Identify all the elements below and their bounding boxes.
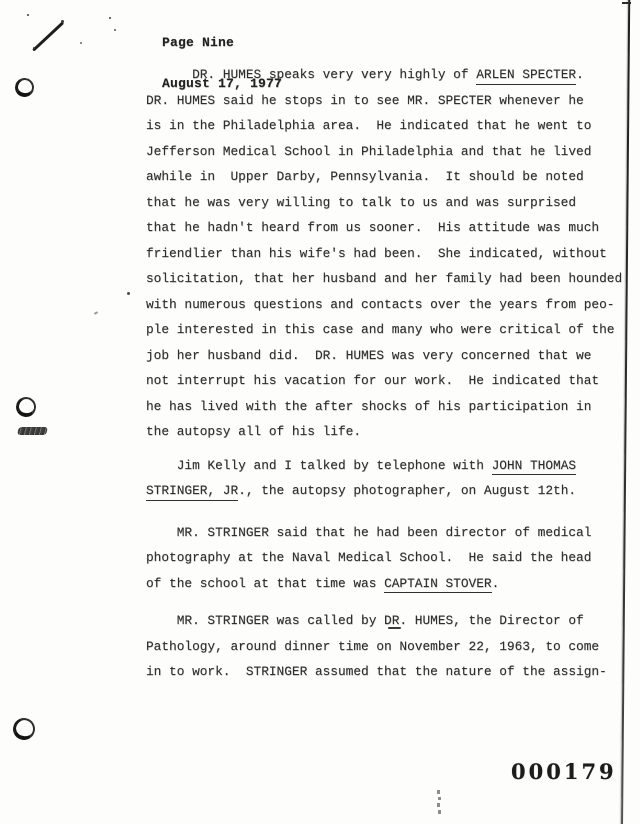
text-line: the autopsy all of his life.: [146, 419, 632, 445]
paragraph: MR. STRINGER was called by DR. HUMES, th…: [146, 608, 632, 685]
text-segment: Jefferson Medical School in Philadelphia…: [146, 144, 591, 159]
text-segment: Pathology, around dinner time on Novembe…: [146, 639, 599, 654]
text-line: Pathology, around dinner time on Novembe…: [146, 634, 632, 660]
text-segment: .: [492, 576, 500, 591]
text-segment: .: [576, 67, 584, 82]
text-line: DR. HUMES speaks very very highly of ARL…: [146, 62, 632, 88]
dotted-artifact: [438, 797, 441, 800]
text-line: MR. STRINGER said that he had been direc…: [146, 520, 632, 546]
text-line: photography at the Naval Medical School.…: [146, 545, 632, 571]
text-segment: is in the Philadelphia area. He indicate…: [146, 118, 591, 133]
paragraph: Jim Kelly and I talked by telephone with…: [146, 453, 632, 504]
dotted-artifact: [437, 790, 440, 794]
underlined-text: JOHN THOMAS: [492, 458, 576, 476]
text-segment: with numerous questions and contacts ove…: [146, 297, 614, 312]
text-segment: he has lived with the after shocks of hi…: [146, 399, 591, 414]
underlined-text: STRINGER, JR: [146, 483, 238, 501]
text-segment: DR. HUMES speaks very very highly of: [146, 67, 476, 82]
punch-hole-mark-middle: [14, 395, 37, 418]
text-line: ple interested in this case and many who…: [146, 317, 632, 343]
text-line: MR. STRINGER was called by DR. HUMES, th…: [146, 608, 632, 634]
ink-speck: [109, 17, 111, 19]
text-line: that he was very willing to talk to us a…: [146, 190, 632, 216]
scan-edge-tick: [622, 2, 631, 4]
punch-hole-mark-bottom: [10, 715, 38, 743]
text-segment: ., the autopsy photographer, on August 1…: [238, 483, 576, 498]
text-segment: solicitation, that her husband and her f…: [146, 271, 622, 286]
text-segment: DR. HUMES said he stops in to see MR. SP…: [146, 93, 584, 108]
page-number-label: Page Nine: [162, 36, 282, 50]
text-segment: MR. STRINGER was called by DR. HUMES, th…: [146, 613, 584, 628]
text-line: that he hadn't heard from us sooner. His…: [146, 215, 632, 241]
text-line: is in the Philadelphia area. He indicate…: [146, 113, 632, 139]
text-line: solicitation, that her husband and her f…: [146, 266, 632, 292]
punch-hole-mark-top: [13, 76, 35, 98]
ink-smudge-mark: [17, 427, 48, 435]
scanned-document-page: Page Nine August 17, 1977 DR. HUMES spea…: [0, 0, 640, 824]
dotted-artifact: [438, 810, 441, 814]
text-segment: job her husband did. DR. HUMES was very …: [146, 348, 591, 363]
text-segment: photography at the Naval Medical School.…: [146, 550, 591, 565]
text-segment: that he hadn't heard from us sooner. His…: [146, 220, 599, 235]
underlined-text: CAPTAIN STOVER: [384, 576, 492, 594]
document-number-stamp: 000179: [511, 759, 617, 784]
text-line: of the school at that time was CAPTAIN S…: [146, 571, 632, 597]
document-body: DR. HUMES speaks very very highly of ARL…: [146, 62, 632, 685]
underlined-text: ARLEN SPECTER: [476, 67, 576, 85]
text-line: in to work. STRINGER assumed that the na…: [146, 659, 632, 685]
dotted-artifact: [437, 803, 440, 807]
ink-speck: [127, 292, 130, 295]
text-line: DR. HUMES said he stops in to see MR. SP…: [146, 88, 632, 114]
text-line: friendlier than his wife's had been. She…: [146, 241, 632, 267]
text-segment: MR. STRINGER said that he had been direc…: [146, 525, 591, 540]
ink-speck: [114, 29, 116, 31]
text-line: with numerous questions and contacts ove…: [146, 292, 632, 318]
text-line: he has lived with the after shocks of hi…: [146, 394, 632, 420]
text-line: Jim Kelly and I talked by telephone with…: [146, 453, 632, 479]
ink-speck: [33, 47, 35, 49]
ink-speck: [94, 311, 98, 315]
text-segment: in to work. STRINGER assumed that the na…: [146, 664, 607, 679]
text-line: STRINGER, JR., the autopsy photographer,…: [146, 478, 632, 504]
paragraph: DR. HUMES speaks very very highly of ARL…: [146, 62, 632, 445]
text-segment: the autopsy all of his life.: [146, 424, 361, 439]
text-line: job her husband did. DR. HUMES was very …: [146, 343, 632, 369]
text-segment: awhile in Upper Darby, Pennsylvania. It …: [146, 169, 584, 184]
ink-speck: [80, 42, 82, 44]
ink-speck: [61, 20, 64, 23]
paragraph: MR. STRINGER said that he had been direc…: [146, 520, 632, 597]
text-segment: not interrupt his vacation for our work.…: [146, 373, 599, 388]
text-segment: that he was very willing to talk to us a…: [146, 195, 576, 210]
text-line: awhile in Upper Darby, Pennsylvania. It …: [146, 164, 632, 190]
text-segment: of the school at that time was: [146, 576, 384, 591]
text-segment: ple interested in this case and many who…: [146, 322, 614, 337]
ink-speck: [27, 14, 29, 16]
text-line: not interrupt his vacation for our work.…: [146, 368, 632, 394]
pen-slash-mark: [32, 21, 64, 51]
stray-dash-mark: [388, 627, 401, 629]
text-line: Jefferson Medical School in Philadelphia…: [146, 139, 632, 165]
text-segment: Jim Kelly and I talked by telephone with: [146, 458, 492, 473]
text-segment: friendlier than his wife's had been. She…: [146, 246, 607, 261]
